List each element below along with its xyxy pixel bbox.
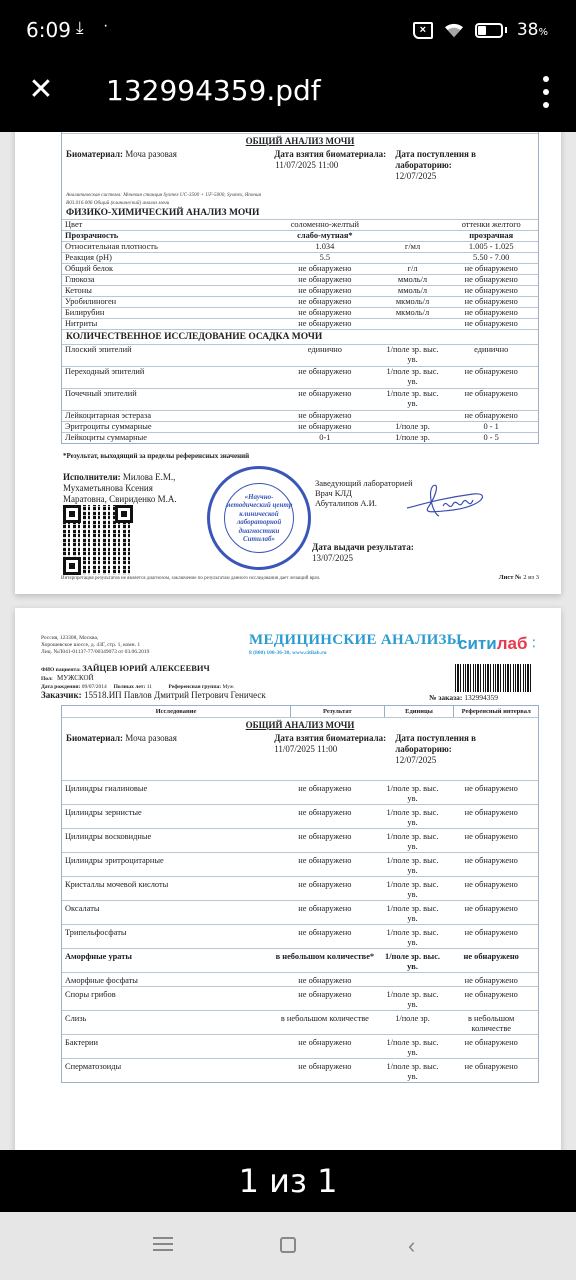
cell-result: не обнаружено	[269, 784, 381, 804]
cell-name: Цилиндры эритроцитарные	[62, 856, 269, 876]
footnote: *Результат, выходящий за пределы референ…	[63, 452, 249, 460]
cell-unit: мкмоль/л	[381, 308, 445, 318]
pdf-viewer[interactable]: ОБЩИЙ АНАЛИЗ МОЧИ Биоматериал: Моча разо…	[0, 132, 576, 1150]
cell-unit: 1/поле зр. выс. ув.	[381, 928, 445, 948]
cell-name: Трипельфосфаты	[62, 928, 269, 948]
cell-unit: 1/поле зр.	[381, 433, 445, 443]
cell-name: Реакция (pH)	[62, 253, 269, 263]
cell-unit: 1/поле зр. выс. ув.	[381, 367, 445, 388]
lab-address: Россия, 123308, Москва, Хорошевское шосс…	[41, 635, 149, 656]
cell-result: в небольшом количестве*	[269, 952, 381, 972]
cell-result: не обнаружено	[269, 264, 381, 274]
cell-unit: 1/поле зр. выс. ув.	[381, 345, 445, 366]
table-row: Реакция (pH)5.55.50 - 7.00	[62, 252, 538, 263]
cell-unit: 1/поле зр. выс. ув.	[381, 856, 445, 876]
section-title: ОБЩИЙ АНАЛИЗ МОЧИ	[62, 717, 538, 730]
notification-dot-icon: ·	[103, 17, 108, 35]
cell-result: 0-1	[269, 433, 381, 443]
cell-ref: единично	[444, 345, 538, 366]
group2-rows: Плоский эпителийединично1/поле зр. выс. …	[62, 344, 538, 443]
cell-name: Аморфные ураты	[62, 952, 269, 972]
cell-result: не обнаружено	[269, 297, 381, 307]
cell-result: не обнаружено	[269, 856, 381, 876]
cell-ref: прозрачная	[444, 231, 538, 241]
table-row: Слизьв небольшом количестве1/поле зр.в н…	[62, 1010, 538, 1034]
cell-ref: не обнаружено	[444, 990, 538, 1010]
cell-unit	[381, 253, 445, 263]
back-button[interactable]: ‹	[408, 1234, 432, 1258]
service-code: B03.016.006 Общий (клинический) анализ м…	[62, 199, 538, 207]
order-barcode	[455, 664, 531, 692]
cell-unit: г/л	[381, 264, 445, 274]
cell-name: Лейкоциты суммарные	[62, 433, 269, 443]
cell-name: Цвет	[62, 220, 269, 230]
table-row: Общий белокне обнаруженог/лне обнаружено	[62, 263, 538, 274]
cell-name: Переходный эпителий	[62, 367, 269, 388]
cell-ref: 5.50 - 7.00	[444, 253, 538, 263]
patient-info: ФИО пациента: ЗАЙЦЕВ ЮРИЙ АЛЕКСЕЕВИЧ Пол…	[41, 664, 234, 691]
cell-result: не обнаружено	[269, 832, 381, 852]
cell-ref: не обнаружено	[444, 297, 538, 307]
cell-ref: не обнаружено	[444, 264, 538, 274]
table-row: Эритроциты суммарныене обнаружено1/поле …	[62, 421, 538, 432]
cell-ref: 0 - 1	[444, 422, 538, 432]
cell-result: не обнаружено	[269, 808, 381, 828]
issue-date: Дата выдачи результата: 13/07/2025	[312, 542, 414, 564]
page-indicator: 1 из 1	[0, 1150, 576, 1212]
table-row: Относительная плотность1.034г/мл1.005 - …	[62, 241, 538, 252]
cell-name: Споры грибов	[62, 990, 269, 1010]
cell-result: не обнаружено	[269, 389, 381, 410]
cell-name: Бактерии	[62, 1038, 269, 1058]
cell-ref: не обнаружено	[444, 275, 538, 285]
cell-ref: оттенки желтого	[444, 220, 538, 230]
cell-result: не обнаружено	[269, 367, 381, 388]
cell-name: Эритроциты суммарные	[62, 422, 269, 432]
cell-name: Аморфные фосфаты	[62, 976, 269, 986]
group-title: ФИЗИКО-ХИМИЧЕСКИЙ АНАЛИЗ МОЧИ	[62, 207, 538, 219]
table-row: Кетоныне обнаруженоммоль/лне обнаружено	[62, 285, 538, 296]
home-button[interactable]	[280, 1237, 296, 1253]
cell-ref: не обнаружено	[444, 928, 538, 948]
cell-unit: ммоль/л	[381, 286, 445, 296]
brand-contact: 8 (800) 100-36-30, www.citilab.ru	[249, 650, 327, 656]
battery-icon	[475, 23, 507, 38]
cell-result: в небольшом количестве	[269, 1014, 381, 1034]
cell-unit	[381, 319, 445, 329]
cell-name: Цилиндры восковидные	[62, 832, 269, 852]
cell-name: Плоский эпителий	[62, 345, 269, 366]
cell-ref: в небольшом количестве	[444, 1014, 538, 1034]
cell-unit: 1/поле зр. выс. ув.	[381, 784, 445, 804]
cell-unit: 1/поле зр. выс. ув.	[381, 1062, 445, 1082]
cell-unit	[381, 411, 445, 421]
cell-unit: 1/поле зр. выс. ув.	[381, 904, 445, 924]
cell-unit: 1/поле зр. выс. ув.	[381, 952, 445, 972]
cell-ref: не обнаружено	[444, 1038, 538, 1058]
table-row: Лейкоцитарная эстеразане обнаруженоне об…	[62, 410, 538, 421]
table-row: Плоский эпителийединично1/поле зр. выс. …	[62, 344, 538, 366]
biomaterial-row: Биоматериал: Моча разовая Дата взятия би…	[62, 146, 538, 185]
close-button[interactable]: ✕	[26, 76, 56, 106]
pdf-page-2: ОБЩИЙ АНАЛИЗ МОЧИ Биоматериал: Моча разо…	[15, 132, 561, 594]
cell-ref: не обнаружено	[444, 319, 538, 329]
cell-name: Сперматозоиды	[62, 1062, 269, 1082]
cell-result: 5.5	[269, 253, 381, 263]
disclaimer: Интерпретация результатов не является ди…	[61, 576, 320, 581]
cell-ref: не обнаружено	[444, 808, 538, 828]
cell-unit	[381, 976, 445, 986]
cell-unit: 1/поле зр. выс. ув.	[381, 1038, 445, 1058]
table-row: Сперматозоидыне обнаружено1/поле зр. выс…	[62, 1058, 538, 1082]
section-title: ОБЩИЙ АНАЛИЗ МОЧИ	[62, 134, 538, 146]
table-row: Кристаллы мочевой кислотыне обнаружено1/…	[62, 876, 538, 900]
cell-unit: г/мл	[381, 242, 445, 252]
cell-result: не обнаружено	[269, 880, 381, 900]
system-nav-bar: ‹	[0, 1212, 576, 1280]
cell-ref: 1.005 - 1.025	[444, 242, 538, 252]
table-row: Бактериине обнаружено1/поле зр. выс. ув.…	[62, 1034, 538, 1058]
table-row: Уробилиногенне обнаруженомкмоль/лне обна…	[62, 296, 538, 307]
sim-off-icon: ×	[413, 22, 433, 39]
cell-ref: не обнаружено	[444, 286, 538, 296]
order-number: № заказа: 132994359	[429, 693, 498, 702]
wifi-icon	[443, 21, 465, 39]
cell-result: не обнаружено	[269, 1038, 381, 1058]
battery-level	[478, 26, 486, 35]
cell-ref: не обнаружено	[444, 856, 538, 876]
cell-result: не обнаружено	[269, 928, 381, 948]
table-row: Почечный эпителийне обнаружено1/поле зр.…	[62, 388, 538, 410]
cell-unit: 1/поле зр. выс. ув.	[381, 880, 445, 900]
status-icons: × 38%	[413, 20, 548, 40]
cell-result: не обнаружено	[269, 1062, 381, 1082]
qr-code	[63, 505, 133, 575]
cell-ref: не обнаружено	[444, 784, 538, 804]
cell-name: Общий белок	[62, 264, 269, 274]
pdf-page-3: Россия, 123308, Москва, Хорошевское шосс…	[15, 608, 561, 1150]
status-time: 6:09	[26, 18, 71, 42]
table-row: Переходный эпителийне обнаружено1/поле з…	[62, 366, 538, 388]
table-row: Цилиндры эритроцитарныене обнаружено1/по…	[62, 852, 538, 876]
table-row: Аморфные фосфатыне обнаруженоне обнаруже…	[62, 972, 538, 986]
cell-result: 1.034	[269, 242, 381, 252]
table-row: Цилиндры зернистыене обнаружено1/поле зр…	[62, 804, 538, 828]
cell-result: единично	[269, 345, 381, 366]
cell-unit: 1/поле зр.	[381, 422, 445, 432]
group-title: КОЛИЧЕСТВЕННОЕ ИССЛЕДОВАНИЕ ОСАДКА МОЧИ	[62, 329, 538, 344]
cell-ref: не обнаружено	[444, 1062, 538, 1082]
cell-name: Относительная плотность	[62, 242, 269, 252]
table-row: Прозрачностьслабо-мутная*прозрачная	[62, 230, 538, 241]
table-row: Споры грибовне обнаружено1/поле зр. выс.…	[62, 986, 538, 1010]
customer: Заказчик: 15518.ИП Павлов Дмитрий Петров…	[41, 690, 266, 700]
recents-button[interactable]	[151, 1234, 175, 1258]
performers: Исполнители: Милова Е.М., Мухаметьянова …	[63, 472, 193, 505]
cell-unit: мкмоль/л	[381, 297, 445, 307]
cell-ref: не обнаружено	[444, 411, 538, 421]
cell-name: Слизь	[62, 1014, 269, 1034]
cell-ref: не обнаружено	[444, 367, 538, 388]
results-table: Исследование Результат Единицы Референсн…	[61, 705, 539, 1083]
cell-result: не обнаружено	[269, 319, 381, 329]
cell-ref: не обнаружено	[444, 880, 538, 900]
more-options-button[interactable]	[540, 76, 552, 108]
cell-result: не обнаружено	[269, 904, 381, 924]
cell-result: слабо-мутная*	[269, 231, 381, 241]
app-bar: ✕ 132994359.pdf	[0, 62, 576, 132]
cell-result: не обнаружено	[269, 308, 381, 318]
cell-unit: 1/поле зр. выс. ув.	[381, 389, 445, 410]
cell-name: Билирубин	[62, 308, 269, 318]
cell-ref: 0 - 5	[444, 433, 538, 443]
group1-rows: Цветсоломенно-желтыйоттенки желтогоПрозр…	[62, 219, 538, 329]
table-row: Аморфные уратыв небольшом количестве*1/п…	[62, 948, 538, 972]
table-row: Трипельфосфатыне обнаружено1/поле зр. вы…	[62, 924, 538, 948]
lab-stamp: «Научно-методический центр клинической л…	[207, 466, 311, 570]
results-table: ОБЩИЙ АНАЛИЗ МОЧИ Биоматериал: Моча разо…	[61, 132, 539, 444]
lab-head: Заведующий лабораторией Врач КЛД Абутали…	[315, 478, 413, 508]
cell-unit	[381, 231, 445, 241]
cell-unit: 1/поле зр.	[381, 1014, 445, 1034]
battery-percent: 38%	[517, 20, 548, 40]
citilab-logo: ситилаб ⁚	[458, 634, 535, 654]
table-row: Цветсоломенно-желтыйоттенки желтого	[62, 219, 538, 230]
document-title: 132994359.pdf	[106, 74, 321, 107]
cell-ref: не обнаружено	[444, 389, 538, 410]
cell-name: Кристаллы мочевой кислоты	[62, 880, 269, 900]
table-row: Билирубинне обнаруженомкмоль/лне обнаруж…	[62, 307, 538, 318]
cell-unit: 1/поле зр. выс. ув.	[381, 832, 445, 852]
cell-ref: не обнаружено	[444, 976, 538, 986]
cell-name: Уробилиноген	[62, 297, 269, 307]
cell-result: не обнаружено	[269, 976, 381, 986]
cell-name: Нитриты	[62, 319, 269, 329]
cell-name: Лейкоцитарная эстераза	[62, 411, 269, 421]
table-header: Исследование Результат Единицы Референсн…	[62, 706, 538, 717]
status-bar: 6:09 ⤓ · × 38%	[0, 0, 576, 62]
table-row: Нитритыне обнаруженоне обнаружено	[62, 318, 538, 329]
biomaterial-row: Биоматериал: Моча разовая Дата взятия би…	[62, 730, 538, 780]
cell-name: Цилиндры зернистые	[62, 808, 269, 828]
cell-ref: не обнаружено	[444, 832, 538, 852]
sheet-number: Лист № 2 из 3	[499, 574, 539, 581]
cell-result: не обнаружено	[269, 990, 381, 1010]
cell-result: не обнаружено	[269, 422, 381, 432]
cell-name: Глюкоза	[62, 275, 269, 285]
close-icon: ✕	[28, 73, 53, 106]
cell-result: соломенно-желтый	[269, 220, 381, 230]
cell-ref: не обнаружено	[444, 308, 538, 318]
cell-name: Цилиндры гиалиновые	[62, 784, 269, 804]
cell-name: Почечный эпителий	[62, 389, 269, 410]
brand-title: МЕДИЦИНСКИЕ АНАЛИЗЫ	[249, 632, 462, 649]
table-row: Глюкозане обнаруженоммоль/лне обнаружено	[62, 274, 538, 285]
signature	[403, 476, 495, 522]
cell-result: не обнаружено	[269, 275, 381, 285]
cell-ref: не обнаружено	[444, 952, 538, 972]
table-row: Оксалатыне обнаружено1/поле зр. выс. ув.…	[62, 900, 538, 924]
cell-unit	[381, 220, 445, 230]
table-row: Цилиндры восковидныене обнаружено1/поле …	[62, 828, 538, 852]
cell-name: Оксалаты	[62, 904, 269, 924]
cell-name: Прозрачность	[62, 231, 269, 241]
table-row: Лейкоциты суммарные0-11/поле зр.0 - 5	[62, 432, 538, 443]
table-row: Цилиндры гиалиновыене обнаружено1/поле з…	[62, 780, 538, 804]
cell-ref: не обнаружено	[444, 904, 538, 924]
cell-name: Кетоны	[62, 286, 269, 296]
cell-result: не обнаружено	[269, 411, 381, 421]
cell-unit: 1/поле зр. выс. ув.	[381, 808, 445, 828]
result-rows: Цилиндры гиалиновыене обнаружено1/поле з…	[62, 780, 538, 1082]
download-icon: ⤓	[76, 18, 84, 38]
cell-unit: ммоль/л	[381, 275, 445, 285]
cell-result: не обнаружено	[269, 286, 381, 296]
cell-unit: 1/поле зр. выс. ув.	[381, 990, 445, 1010]
analytic-system: Аналитическая система: Мочевая станция S…	[62, 191, 538, 199]
